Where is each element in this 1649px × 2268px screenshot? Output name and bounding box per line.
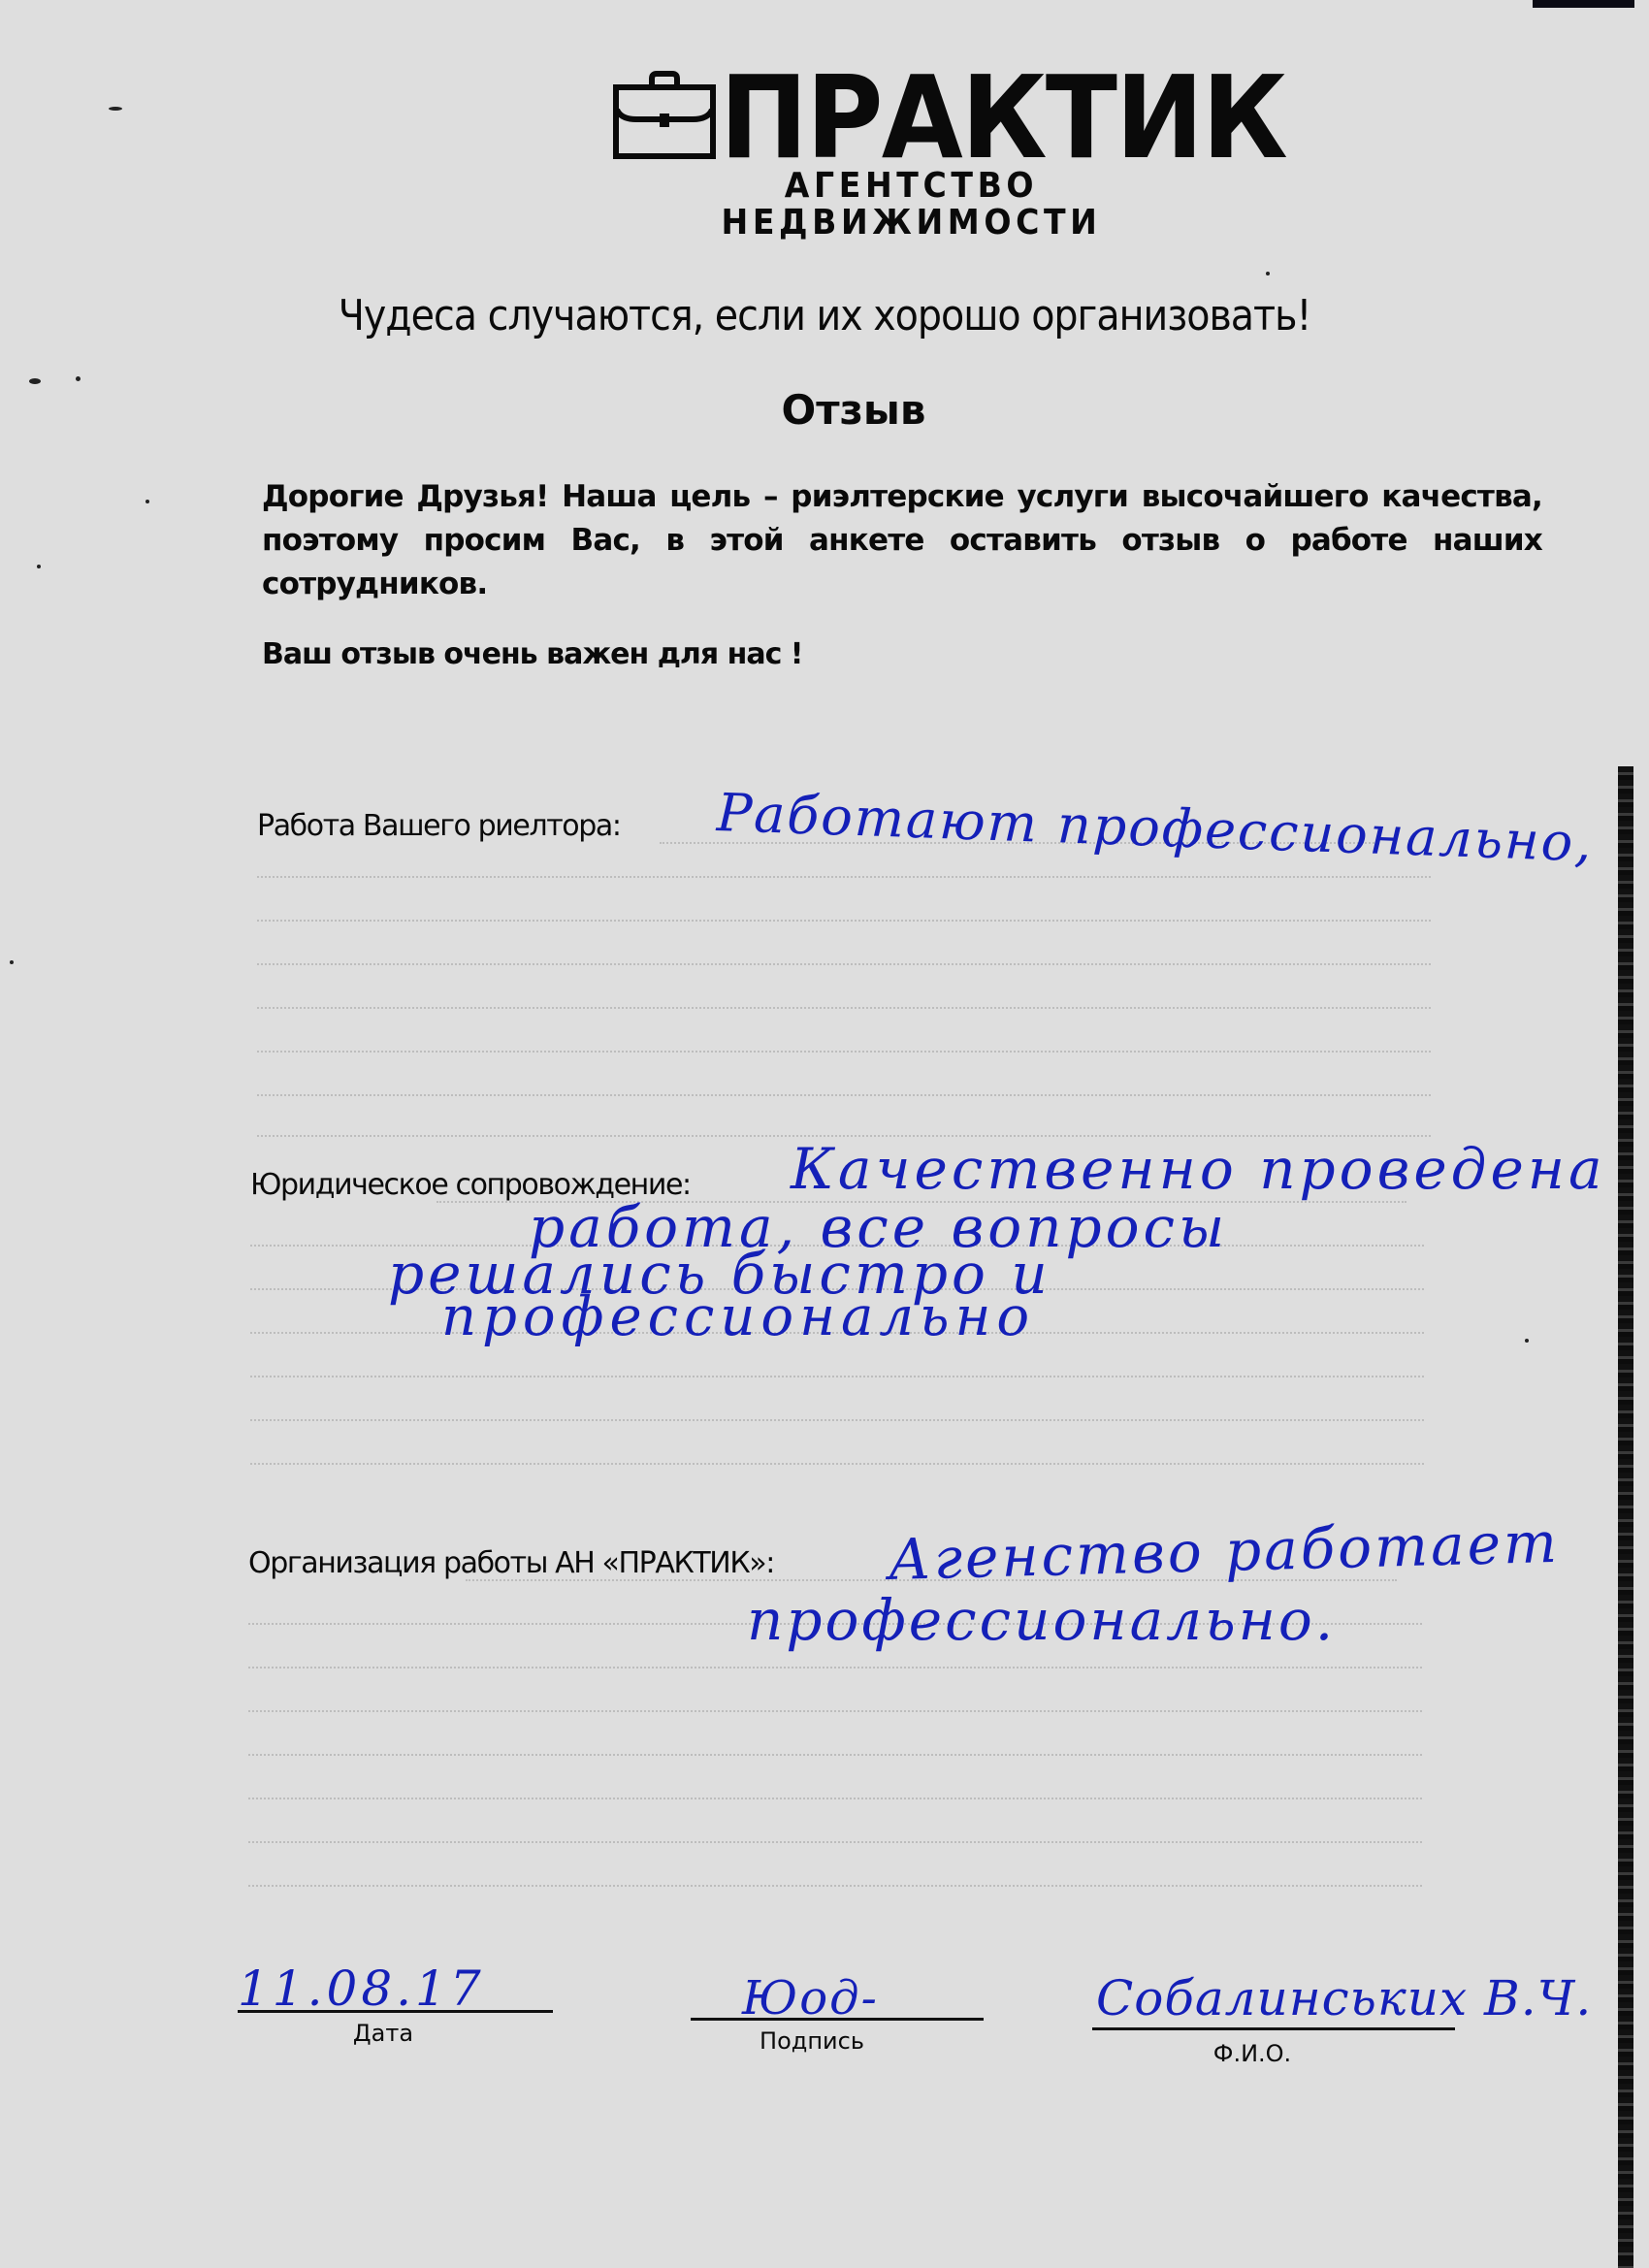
scan-speck (109, 107, 122, 111)
answer-line (257, 1051, 1431, 1053)
full-name-caption: Ф.И.О. (1092, 2040, 1412, 2067)
scan-speck (1525, 1339, 1529, 1343)
answer-line (250, 1376, 1424, 1377)
scan-speck (76, 376, 81, 381)
scan-edge-top (1533, 0, 1634, 8)
answer-line (257, 1007, 1431, 1009)
date-value: 11.08.17 (238, 1960, 485, 2018)
signature-caption: Подпись (691, 2027, 933, 2055)
answer-line (248, 1885, 1422, 1887)
answer-line (248, 1754, 1422, 1756)
date-caption: Дата (238, 2020, 529, 2047)
slogan: Чудеса случаются, если их хорошо организ… (0, 289, 1649, 343)
full-name-line (1092, 2027, 1455, 2030)
page-title: Отзыв (0, 386, 1649, 435)
date-line (238, 2010, 553, 2013)
answer-line (257, 920, 1431, 922)
answer-line (248, 1841, 1422, 1843)
answer-line (257, 963, 1431, 965)
answer-line (248, 1710, 1422, 1712)
intro-paragraph: Дорогие Друзья! Наша цель – риэлтерские … (262, 475, 1542, 606)
scan-speck (10, 960, 14, 964)
briefcase-icon (613, 71, 716, 160)
handwritten-answer-organization-line1: Агенство работает (888, 1513, 1561, 1589)
handwritten-answer-legal-line4: профессионально (441, 1288, 1035, 1346)
answer-line (248, 1798, 1422, 1799)
brand-name: ПРАКТИК (720, 60, 1286, 175)
answer-line (257, 876, 1431, 878)
signature-line (691, 2018, 984, 2021)
answer-line (257, 1094, 1431, 1096)
importance-note: Ваш отзыв очень важен для нас ! (262, 635, 803, 674)
handwritten-answer-organization-line2: профессионально. (747, 1591, 1336, 1649)
handwritten-answer-legal-line1: Качественно проведена (791, 1140, 1606, 1198)
scan-speck (145, 500, 149, 503)
scan-speck (29, 378, 41, 384)
section-label-organization: Организация работы АН «ПРАКТИК»: (248, 1545, 774, 1582)
answer-line (250, 1463, 1424, 1465)
scan-speck (37, 565, 41, 568)
handwritten-answer-realtor: Работают профессионально, (716, 784, 1595, 873)
full-name-value: Собалинських В.Ч. (1096, 1969, 1592, 2027)
brand-subtitle: АГЕНТСТВО НЕДВИЖИМОСТИ (637, 168, 1186, 242)
scan-speck (1266, 272, 1270, 275)
answer-line (248, 1667, 1422, 1669)
answer-line (250, 1419, 1424, 1421)
section-label-realtor: Работа Вашего риелтора: (257, 808, 621, 845)
scan-edge-right (1618, 766, 1633, 2268)
